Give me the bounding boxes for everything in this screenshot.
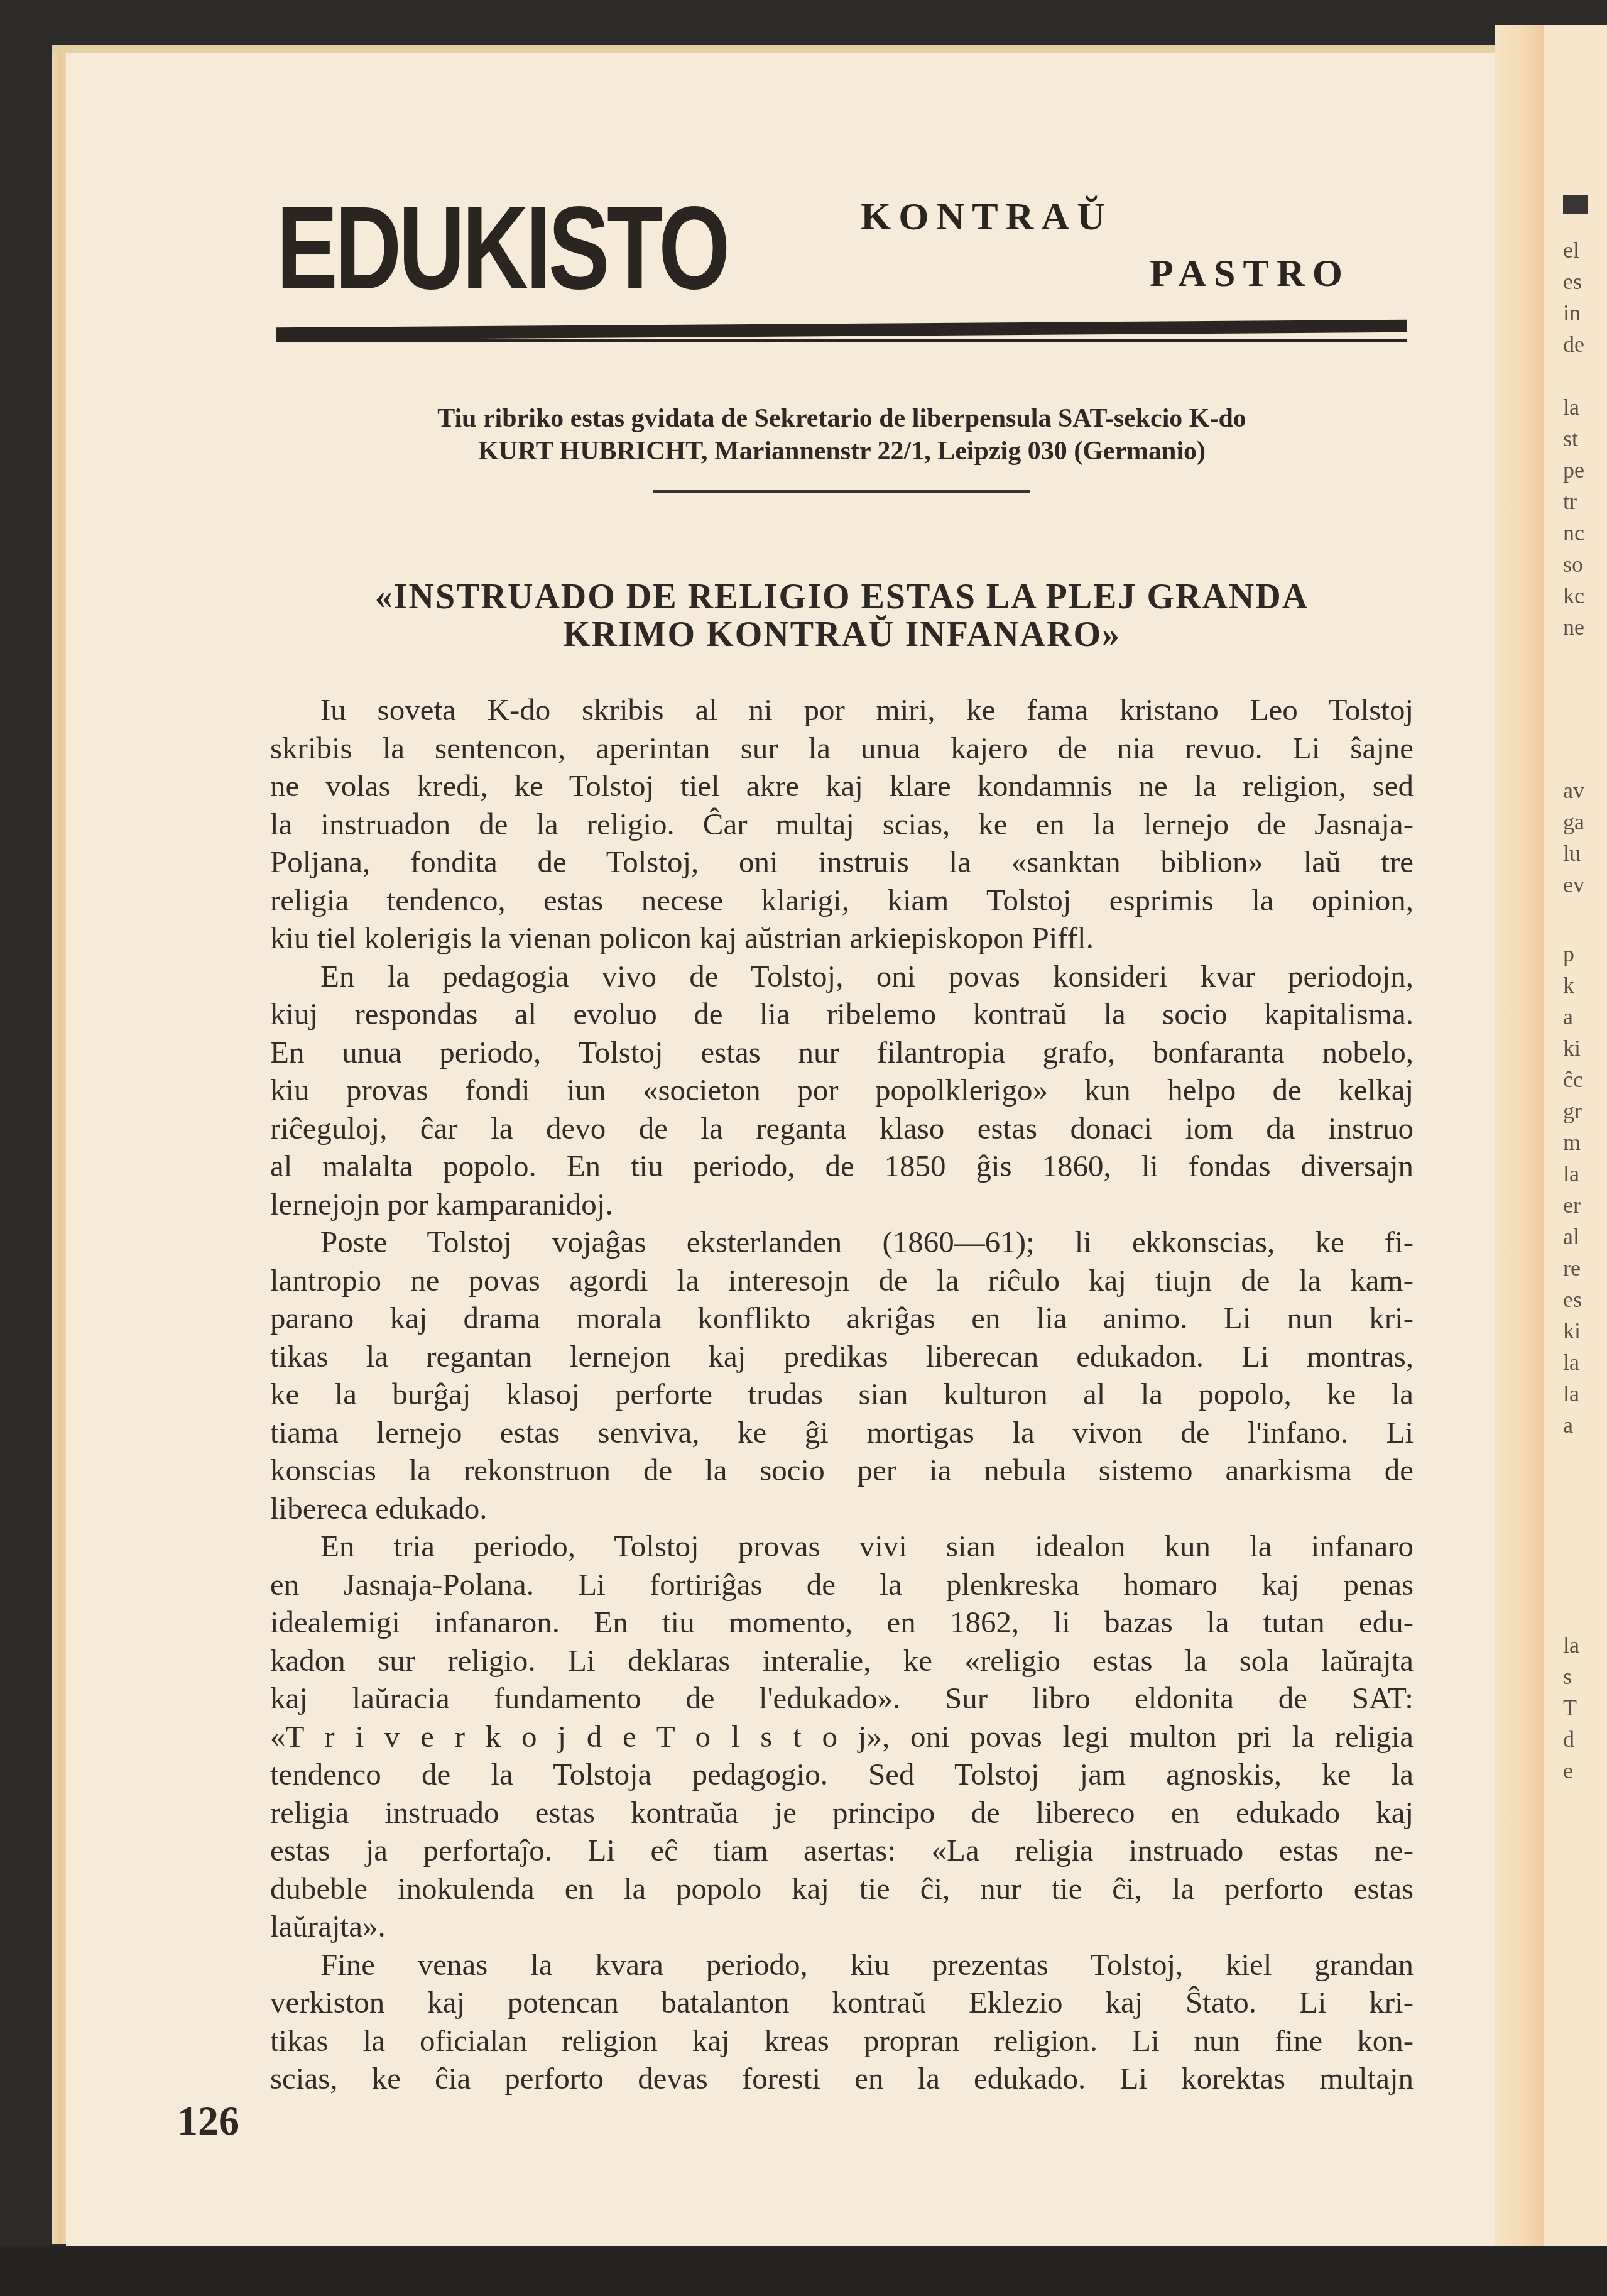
body-line: tikas la regantan lernejon kaj predikas …	[270, 1338, 1414, 1376]
next-page-text-fragment: ne	[1563, 616, 1584, 638]
body-line: estas ja perfortaĵo. Li eĉ tiam asertas:…	[270, 1832, 1414, 1870]
body-line: dubeble inokulenda en la popolo kaj tie …	[270, 1870, 1414, 1908]
next-page-text-fragment: so	[1563, 553, 1583, 576]
page-edge-top	[52, 45, 1496, 54]
next-page-text-fragment: la	[1563, 1162, 1579, 1185]
body-line: Fine venas la kvara periodo, kiu prezent…	[270, 1946, 1414, 1984]
next-page-text-fragment: kc	[1563, 584, 1584, 607]
body-line: ne volas kredi, ke Tolstoj tiel akre kaj…	[270, 767, 1414, 806]
body-line: En unua periodo, Tolstoj estas nur filan…	[270, 1034, 1414, 1072]
next-page-text-fragment: p	[1563, 943, 1574, 965]
article-title-line-2: KRIMO KONTRAŬ INFANARO»	[276, 616, 1407, 653]
next-page-text-fragment: la	[1563, 1634, 1579, 1656]
next-page-text-fragment: es	[1563, 270, 1582, 293]
body-line: kiu provas fondi iun «societon por popol…	[270, 1071, 1414, 1110]
page-number: 126	[177, 2097, 239, 2145]
next-page-text-fragment: a	[1563, 1414, 1573, 1436]
next-page-text-fragment: in	[1563, 302, 1581, 324]
next-page-text-fragment: ev	[1563, 873, 1584, 896]
background-bottom	[0, 2246, 1607, 2296]
body-line: kaj laŭracia fundamento de l'edukado». S…	[270, 1680, 1414, 1718]
next-page-text-fragment: ki	[1563, 1037, 1581, 1059]
body-line: Poljana, fondita de Tolstoj, oni instrui…	[270, 843, 1414, 882]
separator-rule	[653, 490, 1030, 493]
body-line: kiu tiel kolerigis la vienan policon kaj…	[270, 919, 1414, 958]
next-page-text-fragment: la	[1563, 1351, 1579, 1374]
next-page-text-fragment: nc	[1563, 522, 1584, 544]
header-title-lower: PASTRO	[1150, 251, 1350, 296]
body-line: konscias la rekonstruon de la socio per …	[270, 1451, 1414, 1490]
header-title-upper: KONTRAŬ	[861, 195, 1113, 239]
body-line: tiama lernejo estas senviva, ke ĝi morti…	[270, 1414, 1414, 1452]
next-page-text-fragment: k	[1563, 974, 1574, 997]
body-line: parano kaj drama morala konflikto akriĝa…	[270, 1299, 1414, 1338]
body-line: laŭrajta».	[270, 1908, 1414, 1946]
next-page-text-fragment: st	[1563, 427, 1578, 450]
body-line: scias, ke ĉia perforto devas foresti en …	[270, 2060, 1414, 2098]
next-page-text-fragment: er	[1563, 1194, 1581, 1216]
body-line: idealemigi infanaron. En tiu momento, en…	[270, 1604, 1414, 1642]
next-page-text-fragment: ga	[1563, 811, 1584, 833]
next-page-text-fragment: la	[1563, 1382, 1579, 1405]
body-line: kiuj respondas al evoluo de lia ribelemo…	[270, 995, 1414, 1034]
body-line: Poste Tolstoj vojaĝas eksterlanden (1860…	[270, 1223, 1414, 1262]
body-line: libereca edukado.	[270, 1490, 1414, 1528]
body-line: En la pedagogia vivo de Tolstoj, oni pov…	[270, 958, 1414, 996]
rubric-notice: Tiu ribriko estas gvidata de Sekretario …	[276, 402, 1407, 467]
next-page-text-fragment: es	[1563, 1288, 1582, 1311]
next-page-text-fragment: d	[1563, 1728, 1574, 1751]
body-line: en Jasnaja-Polana. Li fortiriĝas de la p…	[270, 1566, 1414, 1604]
next-page-text-fragment: tr	[1563, 490, 1577, 513]
next-page-text-fragment: ki	[1563, 1320, 1581, 1342]
body-line: al malalta popolo. En tiu periodo, de 18…	[270, 1147, 1414, 1186]
body-line: la instruadon de la religio. Ĉar multaj …	[270, 806, 1414, 844]
body-line: religia tendenco, estas necese klarigi, …	[270, 882, 1414, 920]
body-line: En tria periodo, Tolstoj provas vivi sia…	[270, 1528, 1414, 1566]
next-page-text-fragment: re	[1563, 1257, 1581, 1279]
body-line: Iu soveta K-do skribis al ni por miri, k…	[270, 691, 1414, 730]
body-line: kadon sur religio. Li deklaras interalie…	[270, 1642, 1414, 1680]
body-line: tendenco de la Tolstoja pedagogio. Sed T…	[270, 1756, 1414, 1794]
next-page-text-fragment: la	[1563, 396, 1579, 418]
next-page-text-fragment: ĉc	[1563, 1068, 1583, 1091]
next-page-text-fragment: a	[1563, 1005, 1573, 1028]
article-body: Iu soveta K-do skribis al ni por miri, k…	[270, 691, 1414, 2098]
body-line: tikas la oficialan religion kaj kreas pr…	[270, 2022, 1414, 2060]
notice-line-2: KURT HUBRICHT, Mariannenstr 22/1, Leipzi…	[276, 435, 1407, 467]
next-page-text-fragment: m	[1563, 1131, 1581, 1154]
body-line: lantropio ne povas agordi la interesojn …	[270, 1262, 1414, 1300]
body-line: riĉeguloj, ĉar la devo de la reganta kla…	[270, 1110, 1414, 1148]
next-page-text-fragment: e	[1563, 1759, 1573, 1782]
header-thin-rule	[276, 339, 1407, 342]
body-line: skribis la sentencon, aperintan sur la u…	[270, 730, 1414, 768]
next-page-fragment: elesindelastpetrncsokcneavgaluevpkakiĉcg…	[1544, 25, 1607, 2250]
body-line: ke la burĝaj klasoj perforte trudas sian…	[270, 1375, 1414, 1414]
article-title: «INSTRUADO DE RELIGIO ESTAS LA PLEJ GRAN…	[276, 578, 1407, 653]
header-title-main: EDUKISTO	[276, 189, 727, 307]
next-page-text-fragment: av	[1563, 779, 1584, 802]
next-page-text-fragment: s	[1563, 1665, 1572, 1688]
body-line: «T r i v e r k o j d e T o l s t o j», o…	[270, 1718, 1414, 1756]
next-page-text-fragment: el	[1563, 239, 1579, 261]
next-page-text-fragment: gr	[1563, 1100, 1582, 1122]
body-line: lernejojn por kamparanidoj.	[270, 1186, 1414, 1224]
next-page-text-fragment: lu	[1563, 842, 1581, 865]
notice-line-1: Tiu ribriko estas gvidata de Sekretario …	[276, 402, 1407, 435]
next-page-text-fragment: al	[1563, 1225, 1579, 1248]
next-page-heading-mark	[1563, 195, 1588, 214]
body-line: religia instruado estas kontraŭa je prin…	[270, 1794, 1414, 1832]
article-title-line-1: «INSTRUADO DE RELIGIO ESTAS LA PLEJ GRAN…	[276, 578, 1407, 616]
body-line: verkiston kaj potencan batalanton kontra…	[270, 1984, 1414, 2022]
next-page-text-fragment: T	[1563, 1697, 1577, 1719]
next-page-text-fragment: de	[1563, 333, 1584, 356]
book-gutter	[1495, 25, 1545, 2250]
next-page-text-fragment: pe	[1563, 459, 1584, 481]
